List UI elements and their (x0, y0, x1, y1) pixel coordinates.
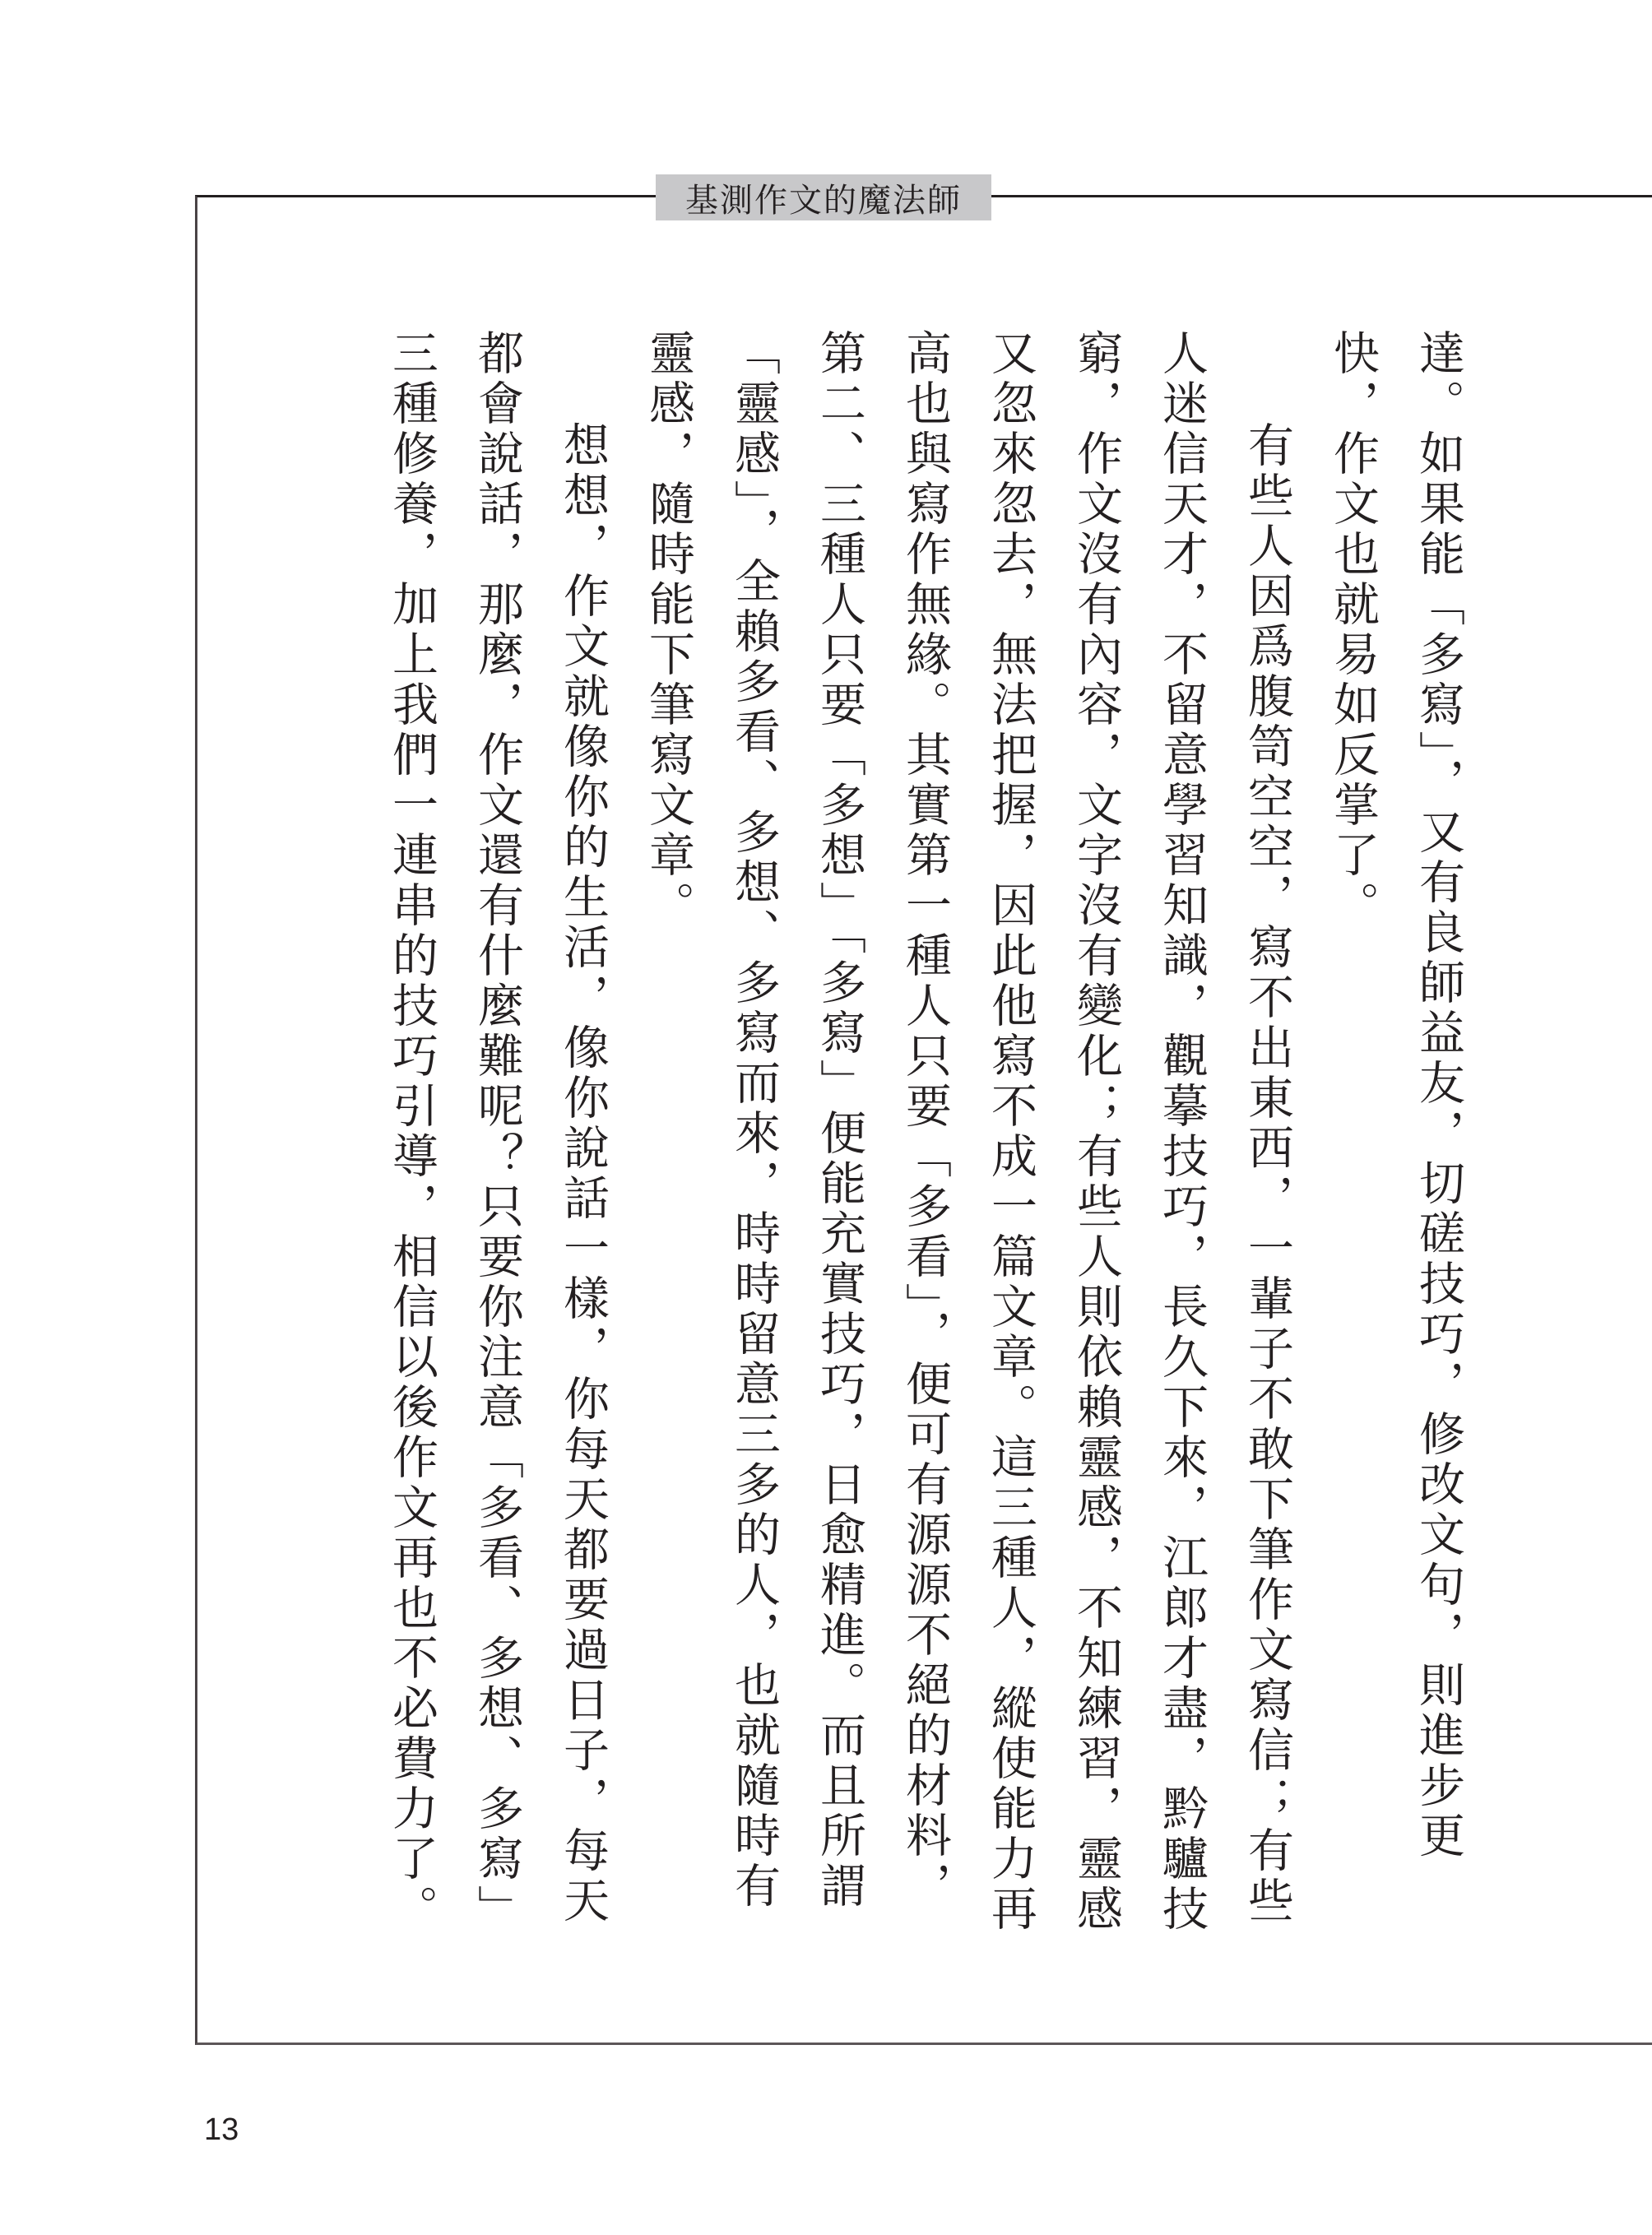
book-title: 基測作文的魔法師 (685, 174, 962, 221)
vertical-body-text: 達。如果能「多寫」，又有良師益友，切磋技巧，修改文句，則進步更快，作文也就易如反… (369, 329, 1481, 1958)
paragraph-1: 達。如果能「多寫」，又有良師益友，切磋技巧，修改文句，則進步更快，作文也就易如反… (1310, 329, 1481, 1958)
paragraph-3: 想想，作文就像你的生活，像你說話一樣，你每天都要過日子，每天都會說話，那麼，作文… (369, 329, 625, 1958)
paragraph-2: 有些人因爲腹笥空空，寫不出東西，一輩子不敢下筆作文寫信；有些人迷信天才，不留意學… (625, 329, 1310, 1958)
page-number: 13 (204, 2112, 239, 2148)
running-header: 基測作文的魔法師 (656, 174, 991, 220)
